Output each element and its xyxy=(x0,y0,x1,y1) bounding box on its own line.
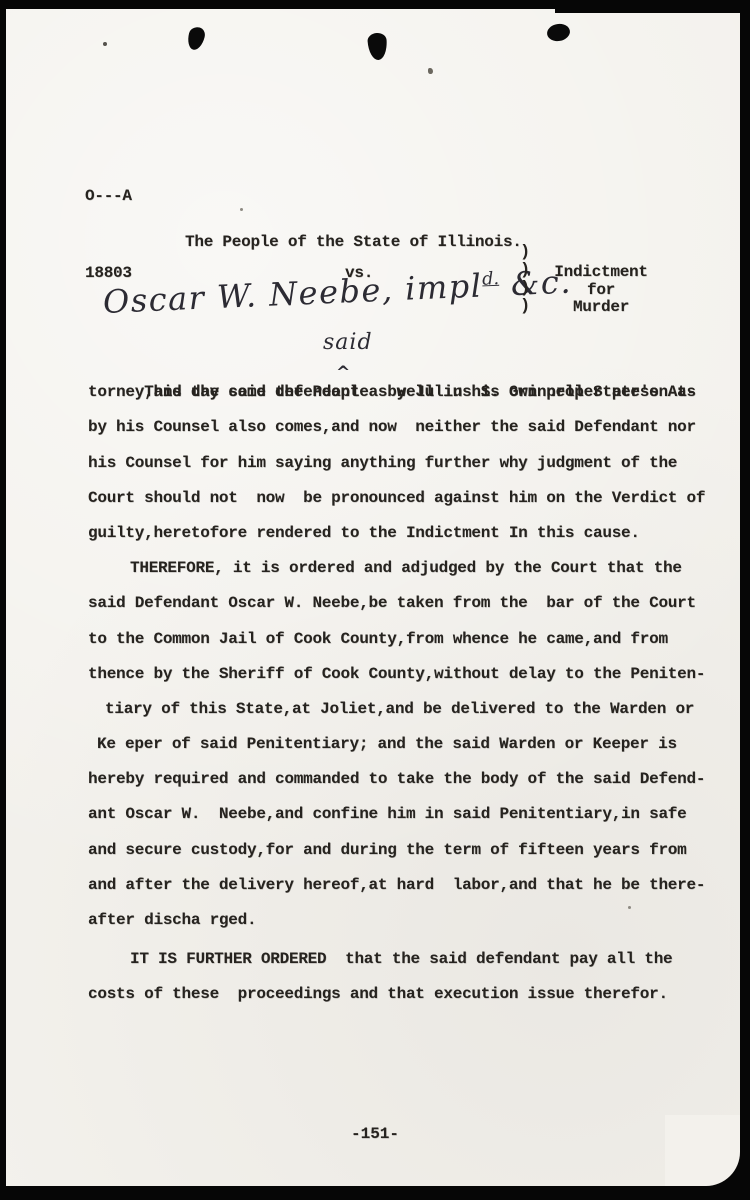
body-line: tiary of this State,at Joliet,and be del… xyxy=(88,692,743,727)
order-body-text: This day come the People by Julius S. Gr… xyxy=(88,340,743,1013)
speckle xyxy=(428,68,433,74)
charge-block: Indictment for Murder xyxy=(545,264,657,317)
body-line: his Counsel for him saying anything furt… xyxy=(88,446,743,481)
charge-line: for xyxy=(545,282,657,300)
page-number: -151- xyxy=(0,1124,750,1144)
body-line: said Defendant Oscar W. Neebe,be taken f… xyxy=(88,586,743,621)
body-line: Court should not now be pronounced again… xyxy=(88,481,743,516)
speckle xyxy=(240,208,243,211)
bracket-glyph: ) xyxy=(520,298,530,316)
case-caption-brackets: ) ) ) ) xyxy=(520,244,530,316)
body-line: after discha rged. xyxy=(88,903,743,938)
body-line: torney,and the said defendant as well in… xyxy=(88,375,743,410)
body-line: thence by the Sheriff of Cook County,wit… xyxy=(88,657,743,692)
body-line: THEREFORE, it is ordered and adjudged by… xyxy=(88,551,743,586)
bracket-glyph: ) xyxy=(520,244,530,262)
charge-line: Murder xyxy=(545,299,657,317)
insertion-caret-icon: ^ xyxy=(294,363,350,383)
defendant-name-main: Oscar W. Neebe, impl xyxy=(102,266,483,321)
body-line: and secure custody,for and during the te… xyxy=(88,833,743,868)
body-line: by his Counsel also comes,and now neithe… xyxy=(88,410,743,445)
body-line: costs of these proceedings and that exec… xyxy=(88,977,743,1012)
body-line: guilty,heretofore rendered to the Indict… xyxy=(88,516,743,551)
scan-edge-left xyxy=(0,0,6,1192)
scanned-court-document-page: O---A The People of the State of Illinoi… xyxy=(0,0,750,1200)
charge-line: Indictment xyxy=(545,264,657,282)
ink-blob-icon xyxy=(367,32,388,60)
body-line: hereby required and commanded to take th… xyxy=(88,762,743,797)
case-number: 18803 xyxy=(85,263,132,283)
body-line: to the Common Jail of Cook County,from w… xyxy=(88,622,743,657)
ink-blob-icon xyxy=(185,25,206,51)
body-line: This day come the People by Julius S. Gr… xyxy=(88,340,743,375)
scan-edge-top-right xyxy=(555,0,750,13)
speckle xyxy=(103,42,107,46)
body-line: ant Oscar W. Neebe,and confine him in sa… xyxy=(88,797,743,832)
scan-edge-bottom xyxy=(0,1186,750,1200)
defendant-name-superscript: d. xyxy=(482,269,500,290)
body-line: Ke eper of said Penitentiary; and the sa… xyxy=(88,727,743,762)
handwritten-insertion-said: said xyxy=(281,334,373,352)
bracket-glyph: ) xyxy=(520,280,530,298)
ink-blob-icon xyxy=(546,22,571,42)
body-line: IT IS FURTHER ORDERED that the said defe… xyxy=(88,942,743,977)
docket-prefix: O---A xyxy=(85,186,132,206)
body-line: and after the delivery hereof,at hard la… xyxy=(88,868,743,903)
bracket-glyph: ) xyxy=(520,262,530,280)
plaintiff-line: The People of the State of Illinois. xyxy=(185,232,522,252)
defendant-handwritten-name: Oscar W. Neebe, impld. &c. xyxy=(102,263,573,321)
